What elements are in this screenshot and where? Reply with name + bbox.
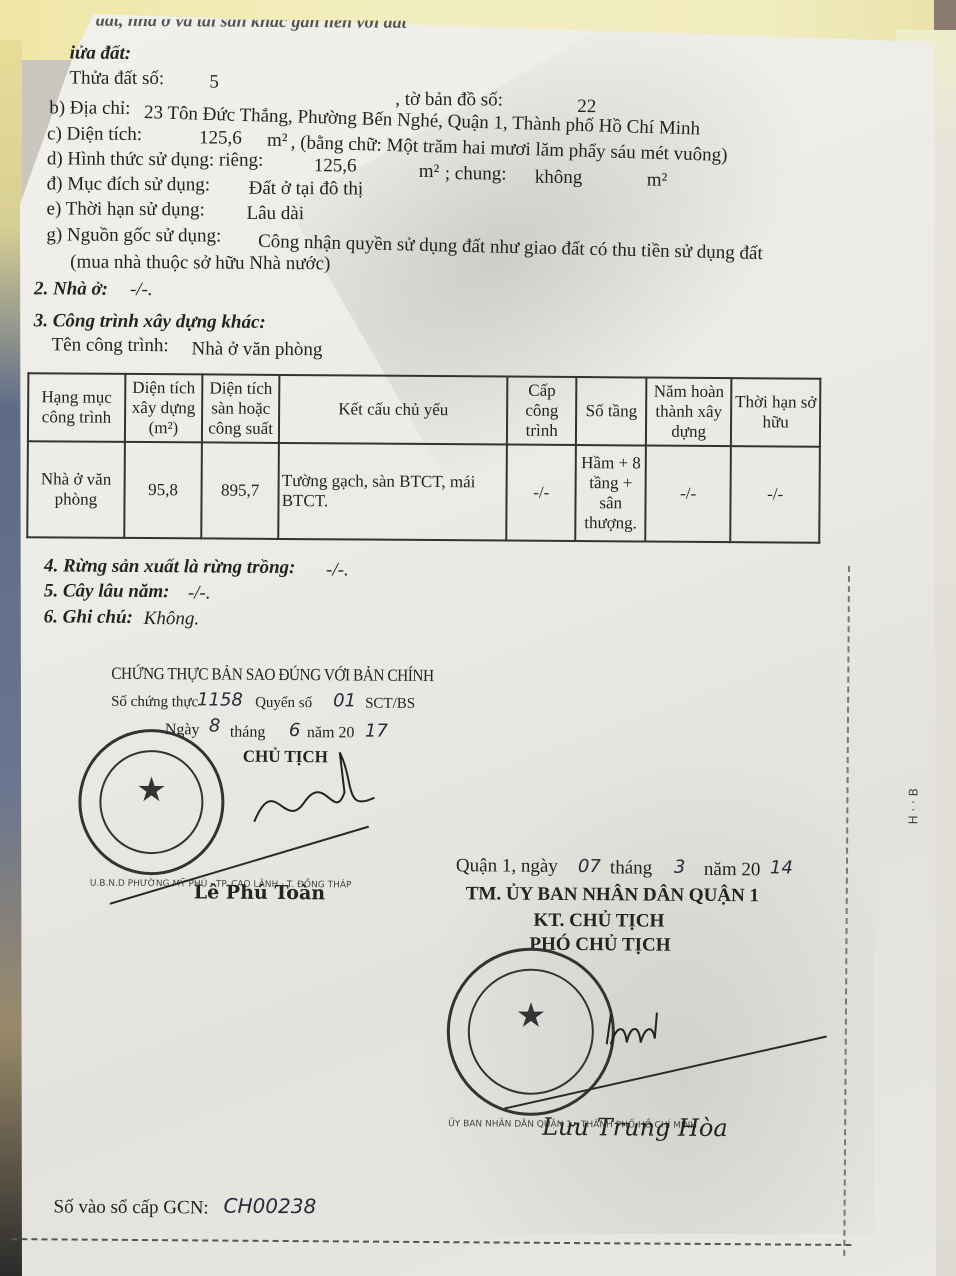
origin-value-line1: Công nhận quyền sử dụng đất như giao đất… (258, 231, 763, 265)
issuance-month-label: tháng (610, 857, 652, 879)
usage-shared-value: không (535, 167, 583, 189)
cell-floor-area: 895,7 (201, 442, 279, 539)
issuance-date-prefix: Quận 1, ngày (456, 855, 558, 878)
cert-date-month: 6 (289, 720, 301, 742)
signature-issuance (603, 1004, 673, 1054)
registry-value: CH00238 (224, 1195, 317, 1218)
table-row: Nhà ở văn phòng 95,8 895,7 Tường gạch, s… (27, 441, 820, 543)
page-bottom-border (11, 1238, 851, 1246)
issuance-month: 3 (674, 857, 686, 879)
cut-top-line: đất, nhà ở và tài sản khác gắn liền với … (96, 9, 407, 33)
section2-label: 2. Nhà ở: (34, 278, 108, 301)
section1-title: iửa đất: (70, 42, 132, 64)
cert-date-year-label: năm 20 (307, 722, 355, 744)
origin-label: g) Nguồn gốc sử dụng: (46, 224, 221, 247)
usage-private-unit: m² (419, 161, 440, 183)
header-cell: Diện tích xây dựng (m²) (125, 374, 203, 443)
cell-ownership-term: -/- (730, 446, 820, 543)
map-sheet-label: , tờ bản đồ số: (395, 89, 503, 112)
area-unit: m² (267, 130, 288, 152)
header-cell: Kết cấu chủ yếu (279, 375, 507, 445)
cert-number-label: Số chứng thực (111, 691, 198, 714)
header-cell: Diện tích sàn hoặc công suất (202, 374, 280, 443)
issuance-year: 14 (770, 857, 793, 879)
cert-date-year: 17 (365, 721, 388, 743)
purpose-value: Đất ở tại đô thị (249, 178, 364, 201)
section5-value: -/-. (188, 582, 211, 604)
ward-seal: ★ (78, 729, 225, 876)
building-name-label: Tên công trình: (52, 334, 169, 357)
cell-floors: Hầm + 8 tầng + sân thượng. (576, 445, 646, 541)
cell-structure: Tường gạch, sàn BTCT, mái BTCT. (278, 443, 507, 541)
document-content: đất, nhà ở và tài sản khác gắn liền với … (0, 0, 956, 1276)
section4-value: -/-. (326, 559, 349, 581)
issuance-day: 07 (578, 856, 601, 878)
cert-date-month-label: tháng (230, 722, 266, 744)
origin-value-line2: (mua nhà thuộc sở hữu Nhà nước) (70, 251, 330, 275)
page-right-border (843, 566, 850, 1256)
usage-shared-unit: m² (647, 170, 668, 192)
section2-value: -/-. (130, 279, 153, 301)
cert-date-day: 8 (209, 715, 221, 737)
district-seal: ★ (446, 947, 615, 1116)
header-cell: Số tầng (576, 377, 646, 445)
section3-label: 3. Công trình xây dựng khác: (34, 310, 266, 334)
issuance-org: TM. ỦY BAN NHÂN DÂN QUẬN 1 (466, 883, 759, 907)
table-header-row: Hạng mục công trình Diện tích xây dựng (… (28, 373, 820, 447)
cert-signer: Lê Phú Toàn (194, 881, 326, 904)
header-cell: Thời hạn sở hữu (731, 378, 820, 447)
buildings-table: Hạng mục công trình Diện tích xây dựng (… (26, 372, 821, 544)
usage-private-value: 125,6 (314, 155, 357, 177)
cell-build-area: 95,8 (124, 442, 202, 539)
cert-book-suffix: SCT/BS (365, 693, 415, 715)
star-icon: ★ (81, 774, 221, 809)
area-label: c) Diện tích: (47, 123, 142, 146)
header-cell: Cấp công trình (507, 377, 577, 445)
header-cell: Hạng mục công trình (28, 373, 125, 442)
issuance-role1: KT. CHỦ TỊCH (534, 910, 665, 933)
section4-label: 4. Rừng sản xuất là rừng trồng: (44, 555, 296, 579)
section6-value: Không. (144, 608, 200, 630)
cert-number-value: 1158 (197, 689, 243, 711)
cell-item: Nhà ở văn phòng (27, 441, 125, 538)
cert-book-value: 01 (333, 690, 356, 712)
term-value: Lâu dài (246, 203, 304, 225)
section5-label: 5. Cây lâu năm: (44, 580, 170, 603)
usage-form-label: d) Hình thức sử dụng: riêng: (47, 148, 264, 172)
address-label: b) Địa chỉ: (49, 97, 130, 120)
building-name-value: Nhà ở văn phòng (191, 338, 322, 361)
cert-book-label: Quyển số (255, 692, 312, 714)
term-label: e) Thời hạn sử dụng: (46, 198, 204, 221)
registry-label: Số vào sổ cấp GCN: (53, 1196, 208, 1219)
header-cell: Năm hoàn thành xây dựng (646, 378, 732, 447)
certification-title: CHỨNG THỰC BẢN SAO ĐÚNG VỚI BẢN CHÍNH (111, 663, 433, 687)
area-value: 125,6 (199, 127, 242, 149)
usage-shared-label: ; chung: (445, 163, 507, 185)
parcel-value: 5 (209, 71, 219, 93)
star-icon: ★ (450, 999, 612, 1034)
side-mark: H · · B (906, 736, 933, 876)
issuance-year-label: năm 20 (704, 859, 761, 881)
section6-label: 6. Ghi chú: (44, 606, 133, 629)
cell-year: -/- (645, 446, 731, 543)
cell-grade: -/- (506, 445, 576, 541)
issuance-signer: Lưu Trung Hòa (542, 1116, 728, 1139)
parcel-label: Thửa đất số: (69, 67, 164, 90)
purpose-label: đ) Mục đích sử dụng: (47, 173, 210, 196)
